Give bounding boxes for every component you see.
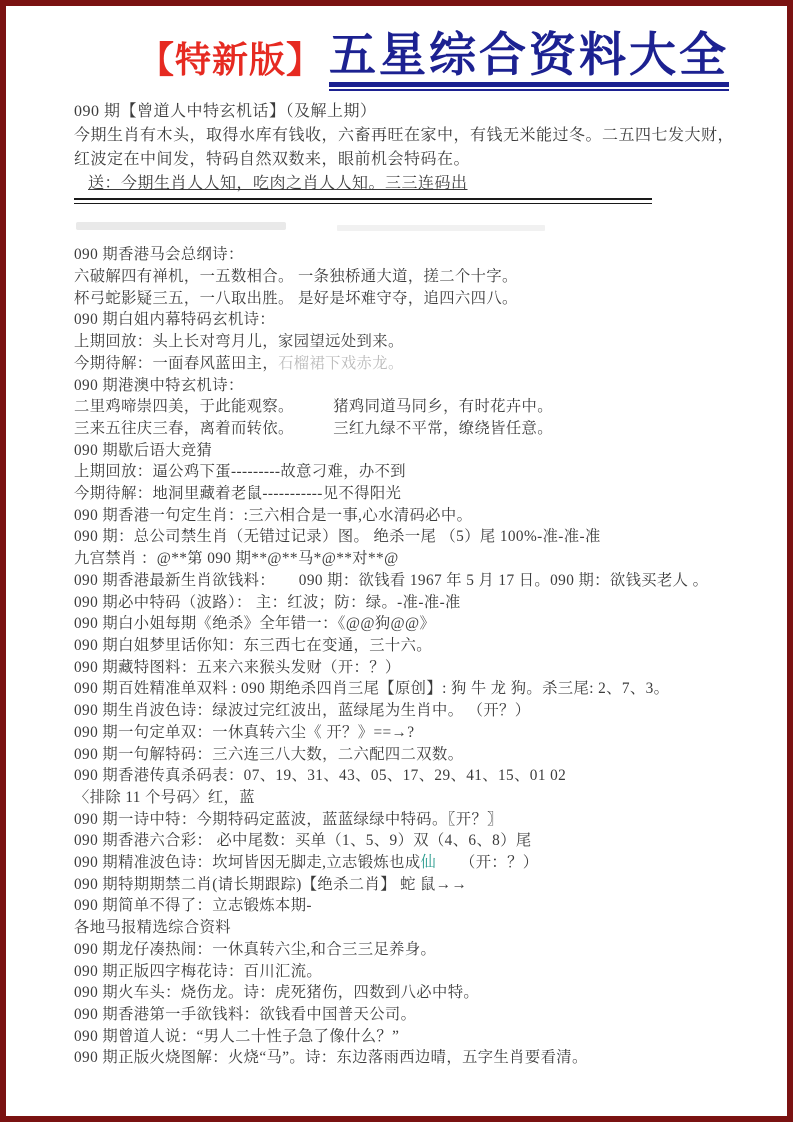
text-segment: 今期待解：地洞里藏着老鼠-----------见不得阳光 <box>74 485 401 502</box>
page-title: 五星综合资料大全 <box>329 32 729 87</box>
text-segment: 090 期香港传真杀码表：07、19、31、43、05、17、29、41、15、… <box>74 767 566 784</box>
text-segment: 杯弓蛇影疑三五，一八取出胜。 是好是坏难守夺，追四六四八。 <box>74 290 518 307</box>
text-segment: 090 期：总公司禁生肖（无错过记录）图。 绝杀一尾 （5）尾 100%-准-准… <box>74 528 601 545</box>
text-line: 090 期香港马会总纲诗： <box>74 244 757 266</box>
text-line: 090 期生肖波色诗：绿波过完红波出，蓝绿尾为生肖中。 （开？） <box>74 700 757 722</box>
text-line: 090 期香港六合彩： 必中尾数：买单（1、5、9）双（4、6、8）尾 <box>74 830 757 852</box>
text-line: 090 期简单不得了：立志锻炼本期- <box>74 895 757 917</box>
text-line: 今期生肖有木头，取得水库有钱收，六畜再旺在家中，有钱无米能过冬。二五四七发大财， <box>74 124 747 148</box>
text-line: 090 期必中特码（波路）： 主：红波；防：绿。-准-准-准 <box>74 592 757 614</box>
text-segment: 090 期白姐内幕特码玄机诗： <box>74 311 275 328</box>
text-segment: 090 期香港六合彩： 必中尾数：买单（1、5、9）双（4、6、8）尾 <box>74 832 532 849</box>
text-segment: 各地马报精选综合资料 <box>74 919 231 936</box>
text-line: 090 期一句定单双：一休真转六尘《 开？》==→? <box>74 722 757 744</box>
text-segment: 090 期藏特图料：五来六来猴头发财（开：？） <box>74 659 401 676</box>
text-line: 090 期一句解特码：三六连三八大数，二六配四二双数。 <box>74 744 757 766</box>
text-segment: 090 期百姓精准单双料 : 090 期绝杀四肖三尾【原创】: 狗 牛 龙 狗。… <box>74 680 669 697</box>
text-segment: 090 期简单不得了：立志锻炼本期- <box>74 897 312 914</box>
text-line: 090 期：总公司禁生肖（无错过记录）图。 绝杀一尾 （5）尾 100%-准-准… <box>74 526 757 548</box>
intro-heading: 090 期【曾道人中特玄机话】（及解上期） <box>74 100 747 124</box>
text-line: 上期回放：逼公鸡下蛋---------故意刁难，办不到 <box>74 461 757 483</box>
text-line: 090 期白姐梦里话你知：东三西七在变通，三十六。 <box>74 635 757 657</box>
text-segment: 仙 <box>421 854 437 871</box>
text-segment: （开：？） <box>436 854 538 871</box>
text-segment: 090 期一句解特码：三六连三八大数，二六配四二双数。 <box>74 746 463 763</box>
text-segment: 090 期生肖波色诗：绿波过完红波出，蓝绿尾为生肖中。 （开？） <box>74 702 530 719</box>
text-segment: 090 期香港一句定生肖：:三六相合是一事,心水清码必中。 <box>74 507 472 524</box>
text-segment: 090 期精准波色诗：坎坷皆因无脚走,立志锻炼也成 <box>74 854 421 871</box>
text-line: 090 期曾道人说：“男人二十性子急了像什么？” <box>74 1026 757 1048</box>
text-segment: 今期待解：一面春风蓝田主， <box>74 355 278 372</box>
text-line: 上期回放：头上长对弯月儿，家园望远处到来。 <box>74 331 757 353</box>
text-line: 090 期白小姐每期《绝杀》全年错一：《@@狗@@》 <box>74 613 757 635</box>
text-segment: 〈排除 11 个号码〉红，蓝 <box>74 789 255 806</box>
text-segment: 090 期火车头：烧伤龙。诗：虎死猪伤，四数到八必中特。 <box>74 984 479 1001</box>
text-line: 六破解四有禅机，一五数相合。 一条独桥通大道，搓二个十字。 <box>74 266 757 288</box>
text-line: 090 期一诗中特：今期特码定蓝波，蓝蓝绿绿中特码。〖开？〗 <box>74 809 757 831</box>
intro-section: 090 期【曾道人中特玄机话】（及解上期） 今期生肖有木头，取得水库有钱收，六畜… <box>74 100 747 204</box>
text-line: 090 期歇后语大竞猜 <box>74 440 757 462</box>
ghost-gap <box>6 204 787 244</box>
text-line: 三来五往庆三春，离着而转依。 三红九绿不平常，缭绕皆任意。 <box>74 418 757 440</box>
text-line: 九宫禁肖 ：@**第 090 期**@**马*@**对**@ <box>74 548 757 570</box>
text-segment: 090 期歇后语大竞猜 <box>74 442 212 459</box>
text-line: 〈排除 11 个号码〉红，蓝 <box>74 787 757 809</box>
text-line: 090 期龙仔凑热闹：一休真转六尘,和合三三足养身。 <box>74 939 757 961</box>
text-line: 090 期特期期禁二肖(请长期跟踪)【绝杀二肖】 蛇 鼠→→ <box>74 874 757 896</box>
text-line: 090 期白姐内幕特码玄机诗： <box>74 309 757 331</box>
text-segment: 090 期龙仔凑热闹：一休真转六尘,和合三三足养身。 <box>74 941 436 958</box>
text-segment: 090 期曾道人说：“男人二十性子急了像什么？” <box>74 1028 399 1045</box>
text-line: 090 期正版四字梅花诗：百川汇流。 <box>74 961 757 983</box>
text-segment: 090 期香港马会总纲诗： <box>74 246 244 263</box>
text-segment: 090 期港澳中特玄机诗： <box>74 377 244 394</box>
text-line: 090 期火车头：烧伤龙。诗：虎死猪伤，四数到八必中特。 <box>74 982 757 1004</box>
text-segment: 090 期一句定单双：一休真转六尘《 开？》==→? <box>74 724 414 741</box>
document-body: 090 期香港马会总纲诗：六破解四有禅机，一五数相合。 一条独桥通大道，搓二个十… <box>74 244 757 1069</box>
text-line: 二里鸡啼崇四美，于此能观察。 猪鸡同道马同乡，有时花卉中。 <box>74 396 757 418</box>
text-segment: 六破解四有禅机，一五数相合。 一条独桥通大道，搓二个十字。 <box>74 268 518 285</box>
text-line: 090 期港澳中特玄机诗： <box>74 375 757 397</box>
text-segment: 090 期正版火烧图解：火烧“马”。诗：东边落雨西边晴，五字生肖要看清。 <box>74 1049 588 1066</box>
text-segment: 090 期特期期禁二肖(请长期跟踪)【绝杀二肖】 蛇 鼠→→ <box>74 876 467 893</box>
intro-paragraph: 今期生肖有木头，取得水库有钱收，六畜再旺在家中，有钱无米能过冬。二五四七发大财，… <box>74 124 747 172</box>
text-line: 今期待解：地洞里藏着老鼠-----------见不得阳光 <box>74 483 757 505</box>
text-line: 090 期香港一句定生肖：:三六相合是一事,心水清码必中。 <box>74 505 757 527</box>
text-line: 090 期香港最新生肖欲钱料： 090 期：欲钱看 1967 年 5 月 17 … <box>74 570 757 592</box>
text-segment: 上期回放：头上长对弯月儿，家园望远处到来。 <box>74 333 404 350</box>
text-line: 090 期藏特图料：五来六来猴头发财（开：？） <box>74 657 757 679</box>
text-segment: 090 期一诗中特：今期特码定蓝波，蓝蓝绿绿中特码。〖开？〗 <box>74 811 503 828</box>
text-segment: 090 期必中特码（波路）： 主：红波；防：绿。-准-准-准 <box>74 594 461 611</box>
text-line: 090 期正版火烧图解：火烧“马”。诗：东边落雨西边晴，五字生肖要看清。 <box>74 1047 757 1069</box>
text-segment: 石榴裙下戏赤龙。 <box>278 355 404 372</box>
text-segment: 090 期白姐梦里话你知：东三西七在变通，三十六。 <box>74 637 432 654</box>
text-segment: 上期回放：逼公鸡下蛋---------故意刁难，办不到 <box>74 463 406 480</box>
text-line: 今期待解：一面春风蓝田主，石榴裙下戏赤龙。 <box>74 353 757 375</box>
send-line: 送：今期生肖人人知，吃肉之肖人人知。三三连码出 <box>88 172 747 196</box>
text-segment: 090 期香港最新生肖欲钱料： 090 期：欲钱看 1967 年 5 月 17 … <box>74 572 708 589</box>
ghost-smudge <box>76 222 286 230</box>
sheet-header: 【特新版】 五星综合资料大全 <box>138 32 787 91</box>
text-segment: 090 期白小姐每期《绝杀》全年错一：《@@狗@@》 <box>74 615 435 632</box>
text-line: 090 期香港传真杀码表：07、19、31、43、05、17、29、41、15、… <box>74 765 757 787</box>
text-segment: 二里鸡啼崇四美，于此能观察。 猪鸡同道马同乡，有时花卉中。 <box>74 398 553 415</box>
lottery-info-sheet: 【特新版】 五星综合资料大全 090 期【曾道人中特玄机话】（及解上期） 今期生… <box>0 0 793 1122</box>
title-underline: 五星综合资料大全 <box>329 32 729 91</box>
text-segment: 三来五往庆三春，离着而转依。 三红九绿不平常，缭绕皆任意。 <box>74 420 553 437</box>
text-segment: 九宫禁肖 ：@**第 090 期**@**马*@**对**@ <box>74 550 399 567</box>
text-line: 红波定在中间发，特码自然双数来，眼前机会特码在。 <box>74 148 747 172</box>
text-segment: 090 期香港第一手欲钱料：欲钱看中国普天公司。 <box>74 1006 416 1023</box>
text-line: 090 期百姓精准单双料 : 090 期绝杀四肖三尾【原创】: 狗 牛 龙 狗。… <box>74 678 757 700</box>
text-line: 杯弓蛇影疑三五，一八取出胜。 是好是坏难守夺，追四六四八。 <box>74 288 757 310</box>
text-line: 090 期精准波色诗：坎坷皆因无脚走,立志锻炼也成仙 （开：？） <box>74 852 757 874</box>
edition-badge: 【特新版】 <box>138 32 323 91</box>
text-line: 各地马报精选综合资料 <box>74 917 757 939</box>
text-segment: 090 期正版四字梅花诗：百川汇流。 <box>74 963 322 980</box>
text-line: 090 期香港第一手欲钱料：欲钱看中国普天公司。 <box>74 1004 757 1026</box>
